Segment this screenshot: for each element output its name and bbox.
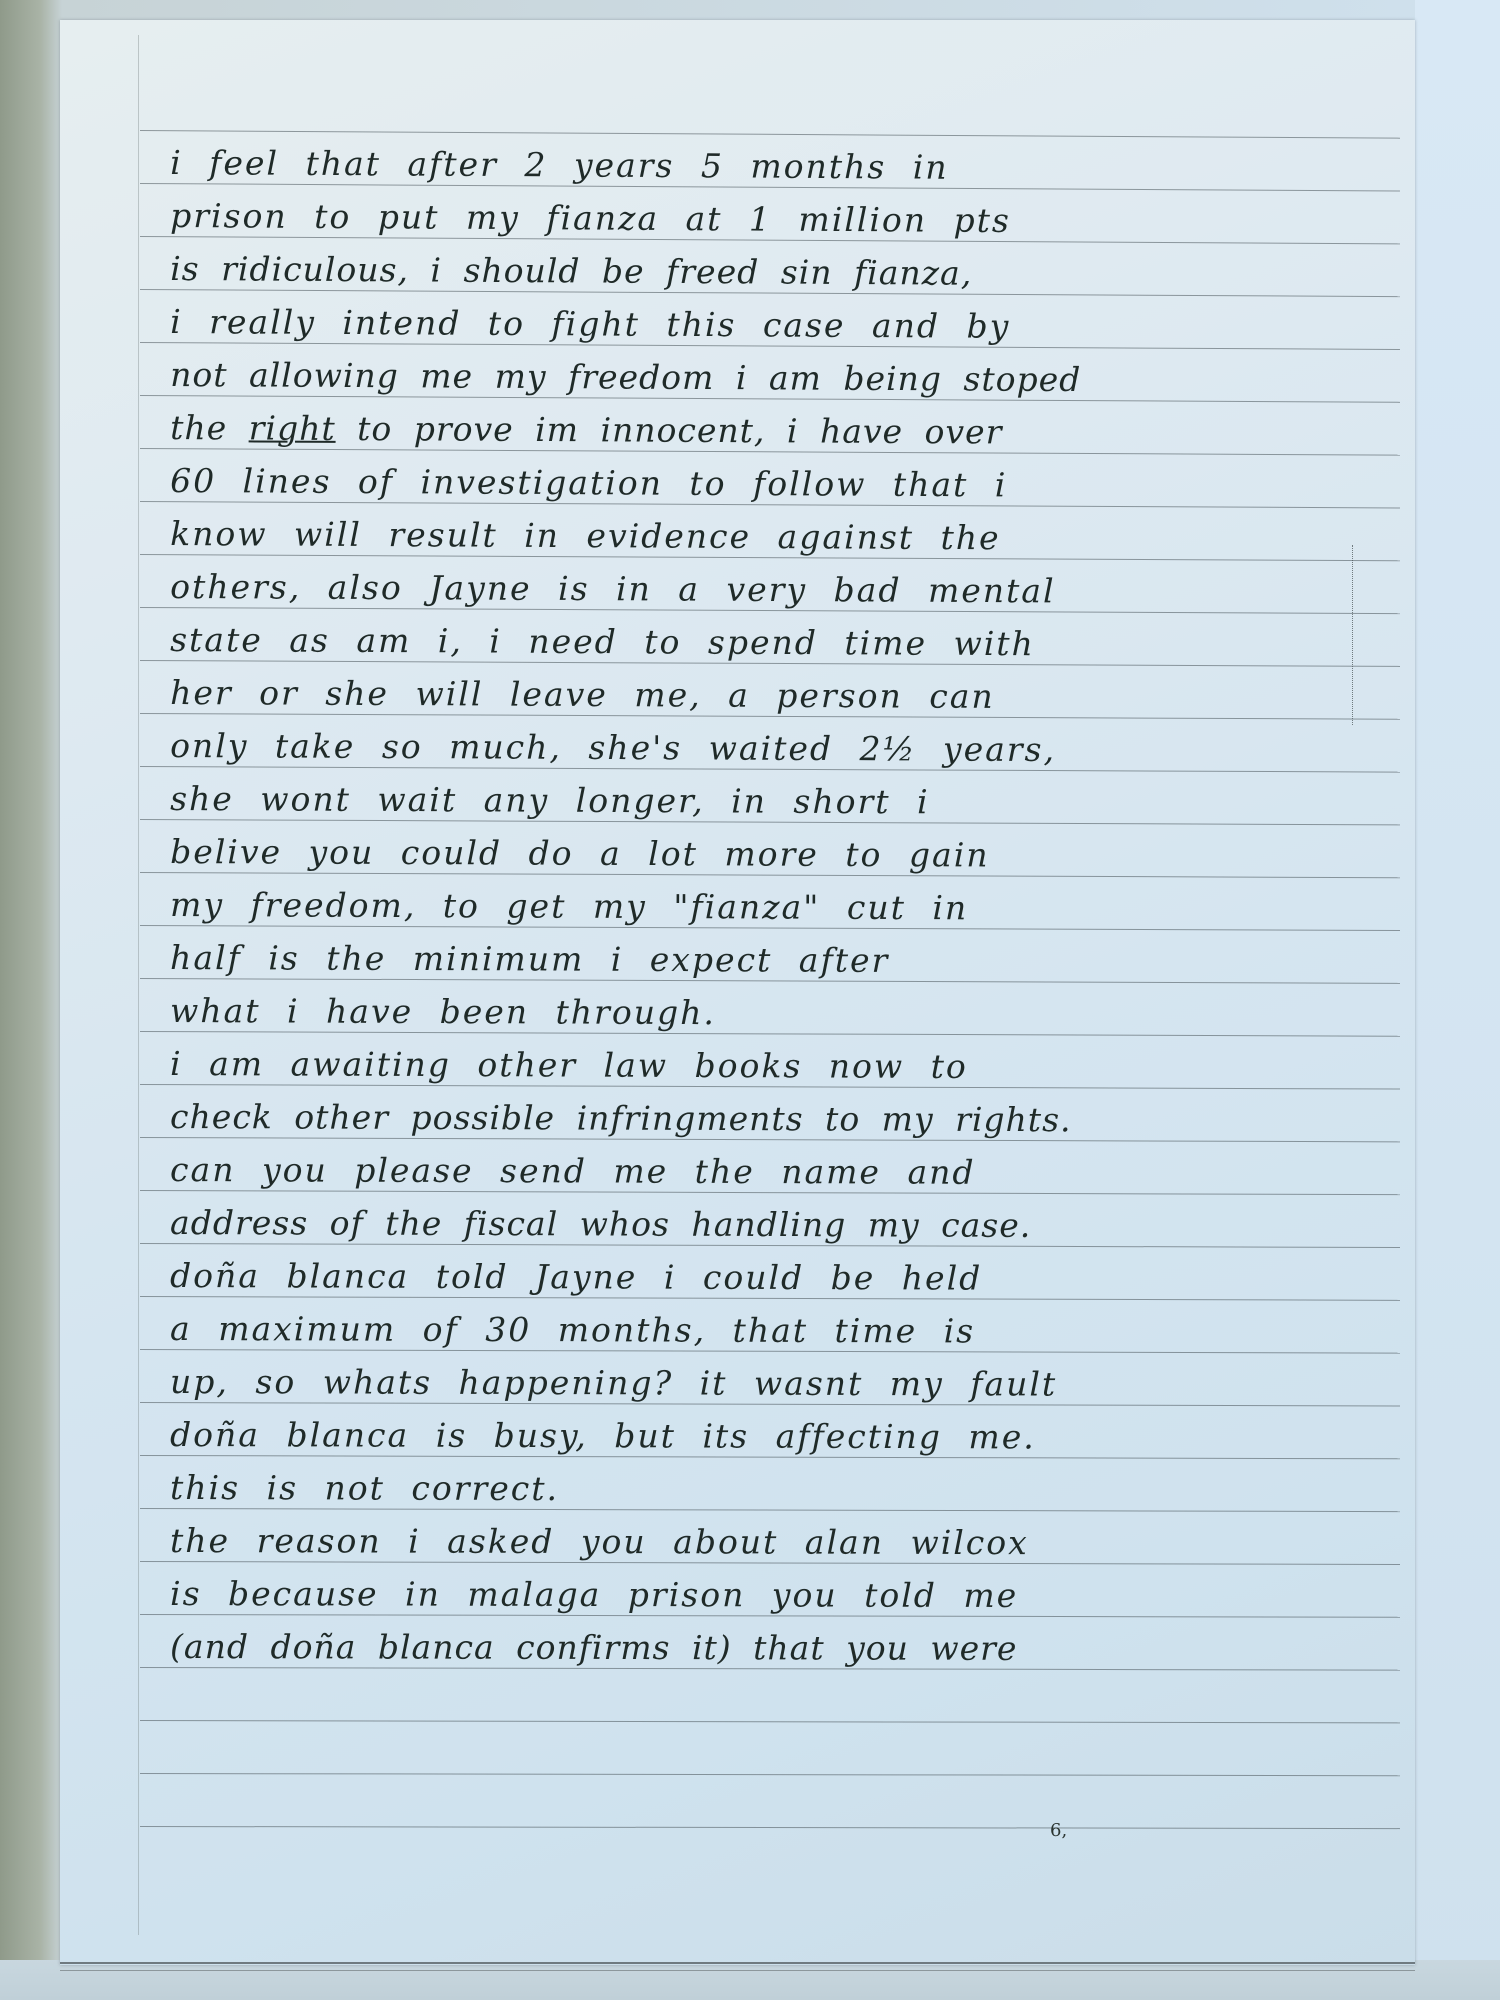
handwritten-text: i feel that after 2 years 5 months inpri… [60,20,1415,1965]
text-line: doña blanca told Jayne i could be held [170,1249,1400,1306]
text-line: what i have been through. [170,984,1400,1042]
text-line: others, also Jayne is in a very bad ment… [170,560,1400,619]
text-line: i am awaiting other law books now to [170,1037,1400,1095]
underlined-word: right [249,408,336,447]
text-line: she wont wait any longer, in short i [170,772,1400,830]
text-line: prison to put my fianza at 1 million pts [170,189,1400,249]
text-line: state as am i, i need to spend time with [170,613,1400,672]
paper-sheet: i feel that after 2 years 5 months inpri… [60,20,1415,1965]
text-line: address of the fiscal whos handling my c… [170,1196,1400,1253]
text-line: i really intend to fight this case and b… [170,295,1400,355]
text-line: her or she will leave me, a person can [170,666,1400,725]
text-line: up, so whats happening? it wasnt my faul… [170,1355,1400,1412]
text-line: is because in malaga prison you told me [170,1567,1400,1623]
text-line: can you please send me the name and [170,1143,1400,1200]
text-line: the reason i asked you about alan wilcox [170,1514,1400,1570]
text-line: the right to prove im innocent, i have o… [170,401,1400,461]
text-line: doña blanca is busy, but its affecting m… [170,1408,1400,1464]
text-line: this is not correct. [170,1461,1400,1517]
text-segment: to prove im innocent, i have over [336,409,1003,452]
text-line: a maximum of 30 months, that time is [170,1302,1400,1359]
text-line: only take so much, she's waited 2½ years… [170,719,1400,778]
text-line: belive you could do a lot more to gain [170,825,1400,883]
text-line: i feel that after 2 years 5 months in [170,136,1400,197]
page-mark: 6, [1050,1820,1067,1841]
text-line: half is the minimum i expect after [170,931,1400,989]
text-line: my freedom, to get my "fianza" cut in [170,878,1400,936]
background-right [1415,0,1500,2000]
text-line: is ridiculous, i should be freed sin fia… [170,242,1400,302]
paper-edge [60,1962,1415,1971]
text-line: know will result in evidence against the [170,507,1400,566]
text-segment: the [170,408,249,447]
text-line: not allowing me my freedom i am being st… [170,348,1400,408]
text-line: (and doña blanca confirms it) that you w… [170,1620,1400,1676]
text-line: check other possible infringments to my … [170,1090,1400,1147]
text-line: 60 lines of investigation to follow that… [170,454,1400,513]
